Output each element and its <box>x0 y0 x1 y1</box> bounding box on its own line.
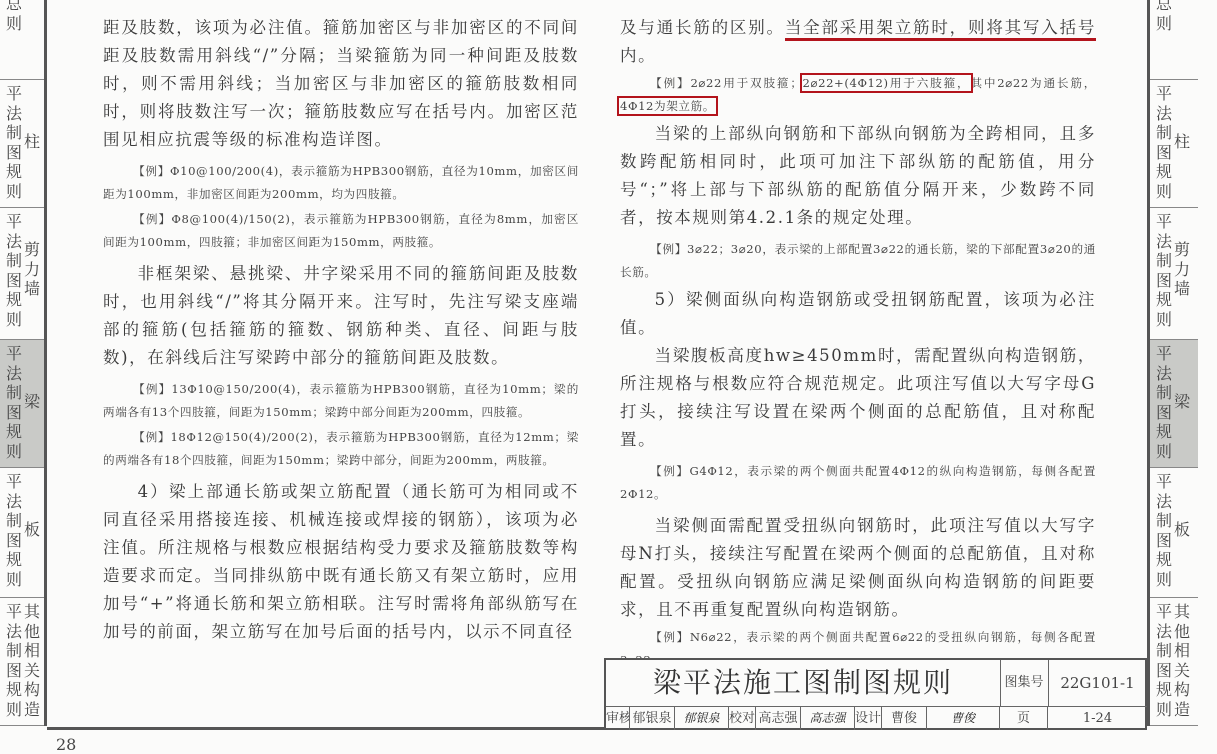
review-label: 审核 <box>606 707 630 730</box>
paragraph-bottom-bars: 当梁的上部纵向钢筋和下部纵向钢筋为全跨相同，且多数跨配筋相同时，此项可加注下部纵… <box>620 120 1096 232</box>
paragraph-stirrup-spacing: 距及肢数，该项为必注值。箍筋加密区与非加密区的不同间距及肢数需用斜线“/”分隔；… <box>103 14 579 154</box>
tab-shear-wall[interactable]: 平法制图规则 剪力墙 <box>1150 208 1198 340</box>
tab-label: 总则 <box>6 0 22 33</box>
tab-label: 平法制图规则 <box>6 472 22 589</box>
tab-sublabel: 剪力墙 <box>1174 240 1190 299</box>
example-3: 【例】13Φ10@150/200(4)，表示箍筋为HPB300钢筋，直径为10m… <box>103 378 579 424</box>
paragraph-torsion-bars: 当梁侧面需配置受扭纵向钢筋时，此项注写值以大写字母N打头，接续注写配置在梁两个侧… <box>620 512 1096 624</box>
tab-label: 总则 <box>1156 0 1172 33</box>
tab-column[interactable]: 平法制图规则 柱 <box>1150 80 1198 208</box>
text-segment: 【例】2⌀22用于双肢箍； <box>650 76 802 90</box>
text-segment: 及与通长筋的区别。 <box>620 18 785 37</box>
example-4: 【例】18Φ12@150(4)/200(2)，表示箍筋为HPB300钢筋，直径为… <box>103 426 579 472</box>
tab-sublabel: 剪力墙 <box>24 240 40 299</box>
design-label: 设计 <box>855 707 882 730</box>
tab-sublabel: 其他相关构造 <box>1174 602 1190 719</box>
paragraph-side-bars-heading: 5）梁侧面纵向构造钢筋或受扭钢筋配置，该项为必注值。 <box>620 286 1096 342</box>
example-1: 【例】Φ10@100/200(4)，表示箍筋为HPB300钢筋，直径为10mm，… <box>103 160 579 206</box>
drawing-title: 梁平法施工图制图规则 <box>606 660 1001 707</box>
red-box-highlight: 2⌀22+(4Φ12)用于六肢箍， <box>803 76 971 90</box>
atlas-number-label: 图集号 <box>1000 660 1049 707</box>
drawing-title-block: 梁平法施工图制图规则 图集号 22G101-1 审核 郁银泉 郁银泉 校对 高志… <box>604 658 1147 730</box>
tab-sublabel: 梁 <box>24 392 40 412</box>
tab-label: 平法制图规则 <box>1156 344 1172 461</box>
paragraph-top-continuous-bars: 4）梁上部通长筋或架立筋配置（通长筋可为相同或不同直径采用搭接连接、机械连接或焊… <box>103 478 579 646</box>
paragraph-web-height: 当梁腹板高度hw≥450mm时，需配置纵向构造钢筋，所注规格与根数应符合规范规定… <box>620 342 1096 454</box>
paragraph-non-frame-beam: 非框架梁、悬挑梁、井字梁采用不同的箍筋间距及肢数时，也用斜线“/”将其分隔开来。… <box>103 260 579 372</box>
page-number: 28 <box>56 735 76 754</box>
red-box-highlight: 4Φ12为架立筋。 <box>620 99 715 113</box>
tab-sublabel: 柱 <box>1174 132 1190 152</box>
tab-column[interactable]: 平法制图规则 柱 <box>0 80 44 208</box>
signature-row: 审核 郁银泉 郁银泉 校对 高志强 高志强 设计 曹俊 曹俊 页 1-24 <box>606 707 1147 730</box>
tab-other-details[interactable]: 平法制图规则 其他相关构造 <box>0 598 44 726</box>
tab-label: 平法制图规则 <box>6 344 22 461</box>
tab-beam[interactable]: 平法制图规则 梁 <box>0 340 44 468</box>
designer-name: 曹俊 <box>882 707 927 730</box>
checker-signature: 高志强 <box>801 707 855 730</box>
tab-label: 平法制图规则 <box>1156 602 1172 719</box>
page-label: 页 <box>1000 707 1048 730</box>
left-text-column: 距及肢数，该项为必注值。箍筋加密区与非加密区的不同间距及肢数需用斜线“/”分隔；… <box>103 14 579 646</box>
paragraph-continuation: 及与通长筋的区别。当全部采用架立筋时，则将其写入括号内。 <box>620 14 1096 70</box>
tab-label: 平法制图规则 <box>1156 84 1172 201</box>
check-label: 校对 <box>729 707 756 730</box>
tab-label: 平法制图规则 <box>6 602 22 719</box>
right-chapter-tabs: 总则 平法制图规则 柱 平法制图规则 剪力墙 平法制图规则 梁 平法制图规则 板… <box>1147 0 1198 726</box>
checker-name: 高志强 <box>756 707 801 730</box>
tab-sublabel: 其他相关构造 <box>24 602 40 719</box>
tab-label: 平法制图规则 <box>1156 472 1172 589</box>
tab-shear-wall[interactable]: 平法制图规则 剪力墙 <box>0 208 44 340</box>
page-value: 1-24 <box>1048 707 1147 730</box>
tab-label: 平法制图规则 <box>6 212 22 329</box>
reviewer-name: 郁银泉 <box>630 707 675 730</box>
example-g-bars: 【例】G4Φ12，表示梁的两个侧面共配置4Φ12的纵向构造钢筋，每侧各配置2Φ1… <box>620 460 1096 506</box>
atlas-number-value: 22G101-1 <box>1048 660 1147 707</box>
tab-general[interactable]: 总则 <box>1150 0 1198 80</box>
right-text-column: 及与通长筋的区别。当全部采用架立筋时，则将其写入括号内。 【例】2⌀22用于双肢… <box>620 14 1096 722</box>
example-top-bottom: 【例】3⌀22；3⌀20，表示梁的上部配置3⌀22的通长筋，梁的下部配置3⌀20… <box>620 238 1096 284</box>
left-chapter-tabs: 总则 平法制图规则 柱 平法制图规则 剪力墙 平法制图规则 梁 平法制图规则 板… <box>0 0 47 726</box>
tab-sublabel: 板 <box>24 520 40 540</box>
text-segment: 其中2⌀22为通长筋， <box>970 76 1096 90</box>
tab-label: 平法制图规则 <box>6 84 22 201</box>
tab-slab[interactable]: 平法制图规则 板 <box>1150 468 1198 598</box>
example-erection-bars: 【例】2⌀22用于双肢箍；2⌀22+(4Φ12)用于六肢箍，其中2⌀22为通长筋… <box>620 72 1096 118</box>
tab-beam[interactable]: 平法制图规则 梁 <box>1150 340 1198 468</box>
tab-sublabel: 梁 <box>1174 392 1190 412</box>
text-segment: 内。 <box>620 46 656 65</box>
tab-other-details[interactable]: 平法制图规则 其他相关构造 <box>1150 598 1198 726</box>
tab-sublabel: 板 <box>1174 520 1190 540</box>
designer-signature: 曹俊 <box>927 707 1000 730</box>
tab-general[interactable]: 总则 <box>0 0 44 80</box>
example-2: 【例】Φ8@100(4)/150(2)，表示箍筋为HPB300钢筋，直径为8mm… <box>103 208 579 254</box>
red-underline-highlight: 当全部采用架立筋时，则将其写入括号 <box>785 18 1096 41</box>
tab-sublabel: 柱 <box>24 132 40 152</box>
tab-slab[interactable]: 平法制图规则 板 <box>0 468 44 598</box>
reviewer-signature: 郁银泉 <box>675 707 729 730</box>
tab-label: 平法制图规则 <box>1156 212 1172 329</box>
